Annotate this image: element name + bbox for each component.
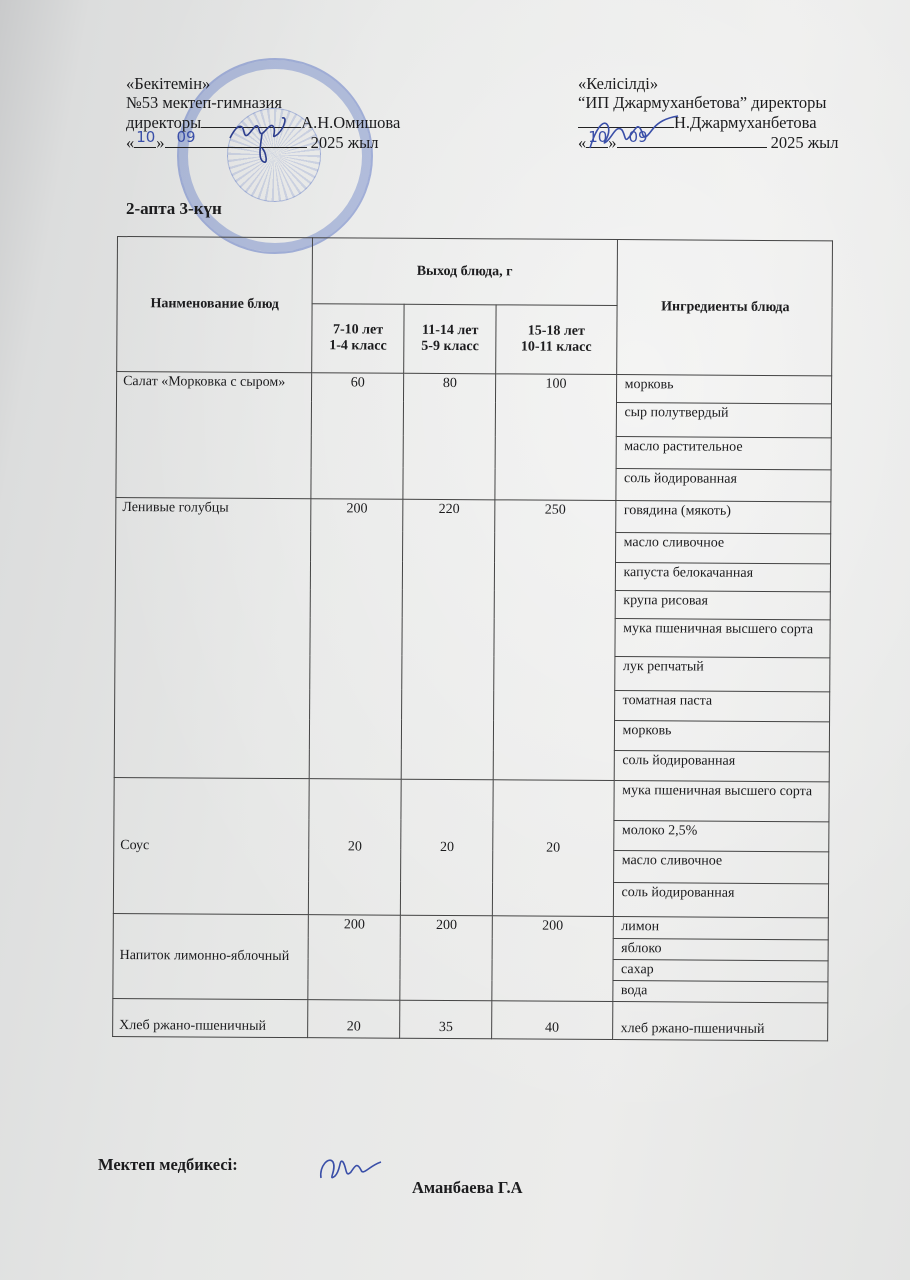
dish-yield: 200 [309,499,403,780]
age-range: 15-18 лет [503,324,610,341]
class-range: 5-9 класс [410,339,489,355]
ingredient-cell: томатная паста [614,691,830,722]
month-handwritten: 09 [629,128,648,147]
quote-open: « [126,133,134,152]
year-label: 2025 жыл [311,133,379,152]
date-line: «10»09 2025 жыл [126,132,400,152]
ingredient-cell: морковь [616,375,832,404]
day-field: 10 [134,132,156,148]
ingredient-cell: лимон [613,917,829,940]
ingredient-cell: соль йодированная [613,883,829,918]
table-row: Напиток лимонно-яблочный200200200лимон [113,913,828,939]
week-day-title: 2-апта 3-күн [126,199,222,219]
ingredient-cell: вода [612,981,828,1003]
header-age-group: 11-14 лет5-9 класс [404,305,497,374]
dish-yield: 200 [492,916,613,1002]
document-page: «Бекітемін» №53 мектеп-гимназия директор… [0,0,910,1280]
ingredient-cell: масло сливочное [613,851,829,884]
header-ingredients: Ингредиенты блюда [616,240,832,376]
dish-yield: 220 [401,499,495,780]
ingredient-cell: капуста белокачанная [615,563,831,592]
date-line: «10»09 2025 жыл [578,132,838,152]
director-name: А.Н.Омишова [301,113,400,132]
ingredient-cell: соль йодированная [614,751,830,782]
quote-close: » [156,133,164,152]
organization-name: №53 мектеп-гимназия [126,93,400,112]
dish-name: Напиток лимонно-яблочный [113,913,309,999]
signature-line [578,112,674,128]
day-field: 10 [586,132,608,148]
nurse-label: Мектеп медбикесі: [98,1155,238,1175]
ingredient-cell: яблоко [613,939,829,961]
dish-yield: 35 [400,1000,492,1039]
dish-yield: 60 [311,373,404,500]
class-range: 1-4 класс [318,338,397,354]
header-age-group: 7-10 лет1-4 класс [312,304,405,373]
approval-label: «Бекітемін» [126,74,400,93]
approval-label: «Келісілді» [578,74,838,93]
director-name: Н.Джармуханбетова [674,113,817,132]
dish-yield: 200 [400,915,493,1001]
ingredient-cell: крупа рисовая [615,591,831,620]
table-row: Ленивые голубцы200220250говядина (мякоть… [116,497,831,533]
ingredient-cell: мука пшеничная высшего сорта [614,619,830,658]
director-line: Н.Джармуханбетова [578,112,838,132]
organization-name: “ИП Джармуханбетова” директоры [578,93,838,112]
approval-block-left: «Бекітемін» №53 мектеп-гимназия директор… [126,74,400,152]
ingredient-cell: масло растительное [616,437,832,470]
header-age-group: 15-18 лет10-11 класс [496,305,617,374]
header-yield: Выход блюда, г [312,238,617,306]
table-row: Соус202020мука пшеничная высшего сорта [114,777,829,821]
dish-name: Хлеб ржано-пшеничный [113,998,308,1037]
month-handwritten: 09 [177,128,196,147]
day-handwritten: 10 [588,128,607,147]
class-range: 10-11 класс [503,340,610,357]
year-label: 2025 жыл [771,133,839,152]
quote-close: » [608,133,616,152]
dish-yield: 250 [493,500,615,781]
ingredient-cell: масло сливочное [615,533,831,564]
age-range: 11-14 лет [411,323,490,339]
ingredient-cell: соль йодированная [615,469,831,502]
nurse-signature [315,1148,385,1188]
dish-yield: 40 [492,1001,612,1040]
table-row: Хлеб ржано-пшеничный203540хлеб ржано-пше… [113,998,828,1040]
dish-yield: 20 [401,779,494,916]
menu-table: Нанменование блюд Выход блюда, г Ингреди… [112,236,833,1041]
dish-yield: 20 [308,1000,400,1039]
month-field: 09 [165,132,307,148]
table-row: Салат «Морковка с сыром»6080100морковь [117,372,832,404]
dish-yield: 100 [495,374,616,501]
ingredient-cell: морковь [614,721,830,752]
dish-name: Салат «Морковка с сыром» [116,372,312,499]
dish-name: Соус [113,777,309,914]
dish-yield: 20 [308,779,401,916]
dish-name: Ленивые голубцы [114,497,311,778]
ingredient-cell: мука пшеничная высшего сорта [613,781,829,822]
month-field: 09 [617,132,767,148]
day-handwritten: 10 [136,128,155,147]
ingredient-cell: сыр полутвердый [616,403,832,438]
ingredient-cell: хлеб ржано-пшеничный [612,1002,828,1041]
dish-yield: 200 [308,915,401,1001]
dish-yield: 80 [403,373,496,500]
ingredient-cell: сахар [612,960,828,982]
ingredient-cell: молоко 2,5% [613,821,829,852]
age-range: 7-10 лет [318,322,397,338]
approval-block-right: «Келісілді» “ИП Джармуханбетова” директо… [578,74,838,152]
quote-open: « [578,133,586,152]
dish-yield: 20 [493,780,614,917]
ingredient-cell: говядина (мякоть) [615,501,831,534]
nurse-name: Аманбаева Г.А [412,1178,523,1198]
director-line: директорыА.Н.Омишова [126,112,400,132]
signature-line [201,112,301,128]
ingredient-cell: лук репчатый [614,657,830,692]
header-dish-name: Нанменование блюд [117,237,313,373]
